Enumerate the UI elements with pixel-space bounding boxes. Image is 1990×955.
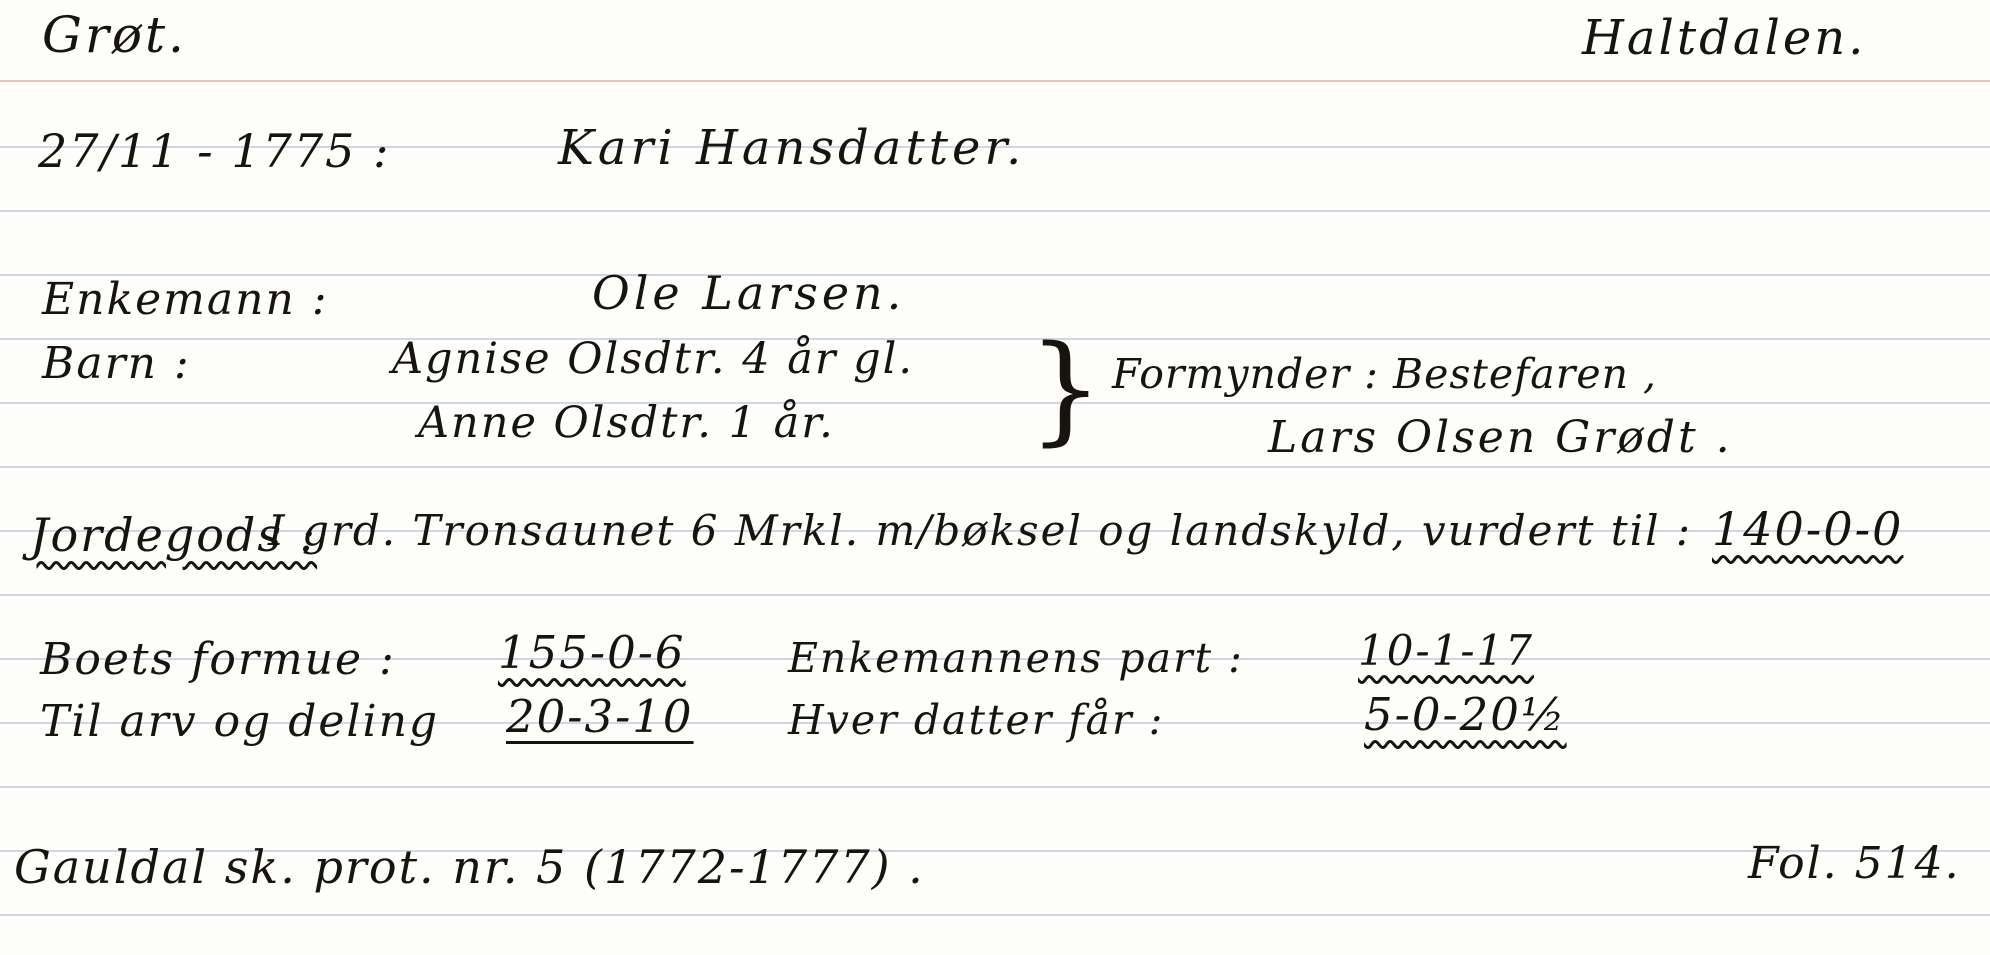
assets-label: Boets formue :	[40, 636, 396, 684]
record-date: 27/11 - 1775 :	[38, 126, 391, 177]
children-label: Barn :	[42, 340, 191, 388]
parish-name: Haltdalen.	[1582, 12, 1866, 65]
widower-label: Enkemann :	[42, 276, 329, 324]
index-card: Grøt. Haltdalen. 27/11 - 1775 : Kari Han…	[0, 0, 1990, 955]
widower-share-label: Enkemannens part :	[788, 636, 1244, 681]
ruled-line	[0, 210, 1990, 212]
children-brace: }	[1028, 318, 1103, 458]
assets-value: 155-0-6	[498, 628, 686, 678]
ruled-line	[0, 402, 1990, 404]
estate-description: I grd. Tronsaunet 6 Mrkl. m/bøksel og la…	[268, 508, 1692, 554]
child-entry: Anne Olsdtr. 1 år.	[418, 400, 835, 447]
widower-name: Ole Larsen.	[592, 268, 905, 319]
ruled-line	[0, 914, 1990, 916]
folio-number: Fol. 514.	[1748, 840, 1961, 888]
inheritance-label: Til arv og deling	[40, 698, 439, 746]
estate-value: 140-0-0	[1712, 504, 1903, 555]
source-reference: Gauldal sk. prot. nr. 5 (1772-1777) .	[14, 842, 925, 893]
guardian-label: Formynder :	[1112, 350, 1379, 398]
ruled-line	[0, 338, 1990, 340]
deceased-name: Kari Hansdatter.	[558, 122, 1025, 175]
ruled-line	[0, 594, 1990, 596]
daughter-share-label: Hver datter får :	[788, 698, 1164, 743]
child-entry: Agnise Olsdtr. 4 år gl.	[392, 336, 914, 383]
daughter-share-value: 5-0-20½	[1364, 690, 1567, 740]
ruled-line	[0, 786, 1990, 788]
guardian-relation: Bestefaren ,	[1393, 350, 1657, 398]
guardian-line: Formynder : Bestefaren ,	[1112, 352, 1657, 397]
widower-share-value: 10-1-17	[1358, 628, 1534, 674]
ruled-line	[0, 80, 1990, 82]
inheritance-value: 20-3-10	[506, 692, 694, 742]
guardian-name: Lars Olsen Grødt .	[1268, 414, 1733, 462]
farm-name: Grøt.	[42, 8, 187, 63]
ruled-line	[0, 466, 1990, 468]
